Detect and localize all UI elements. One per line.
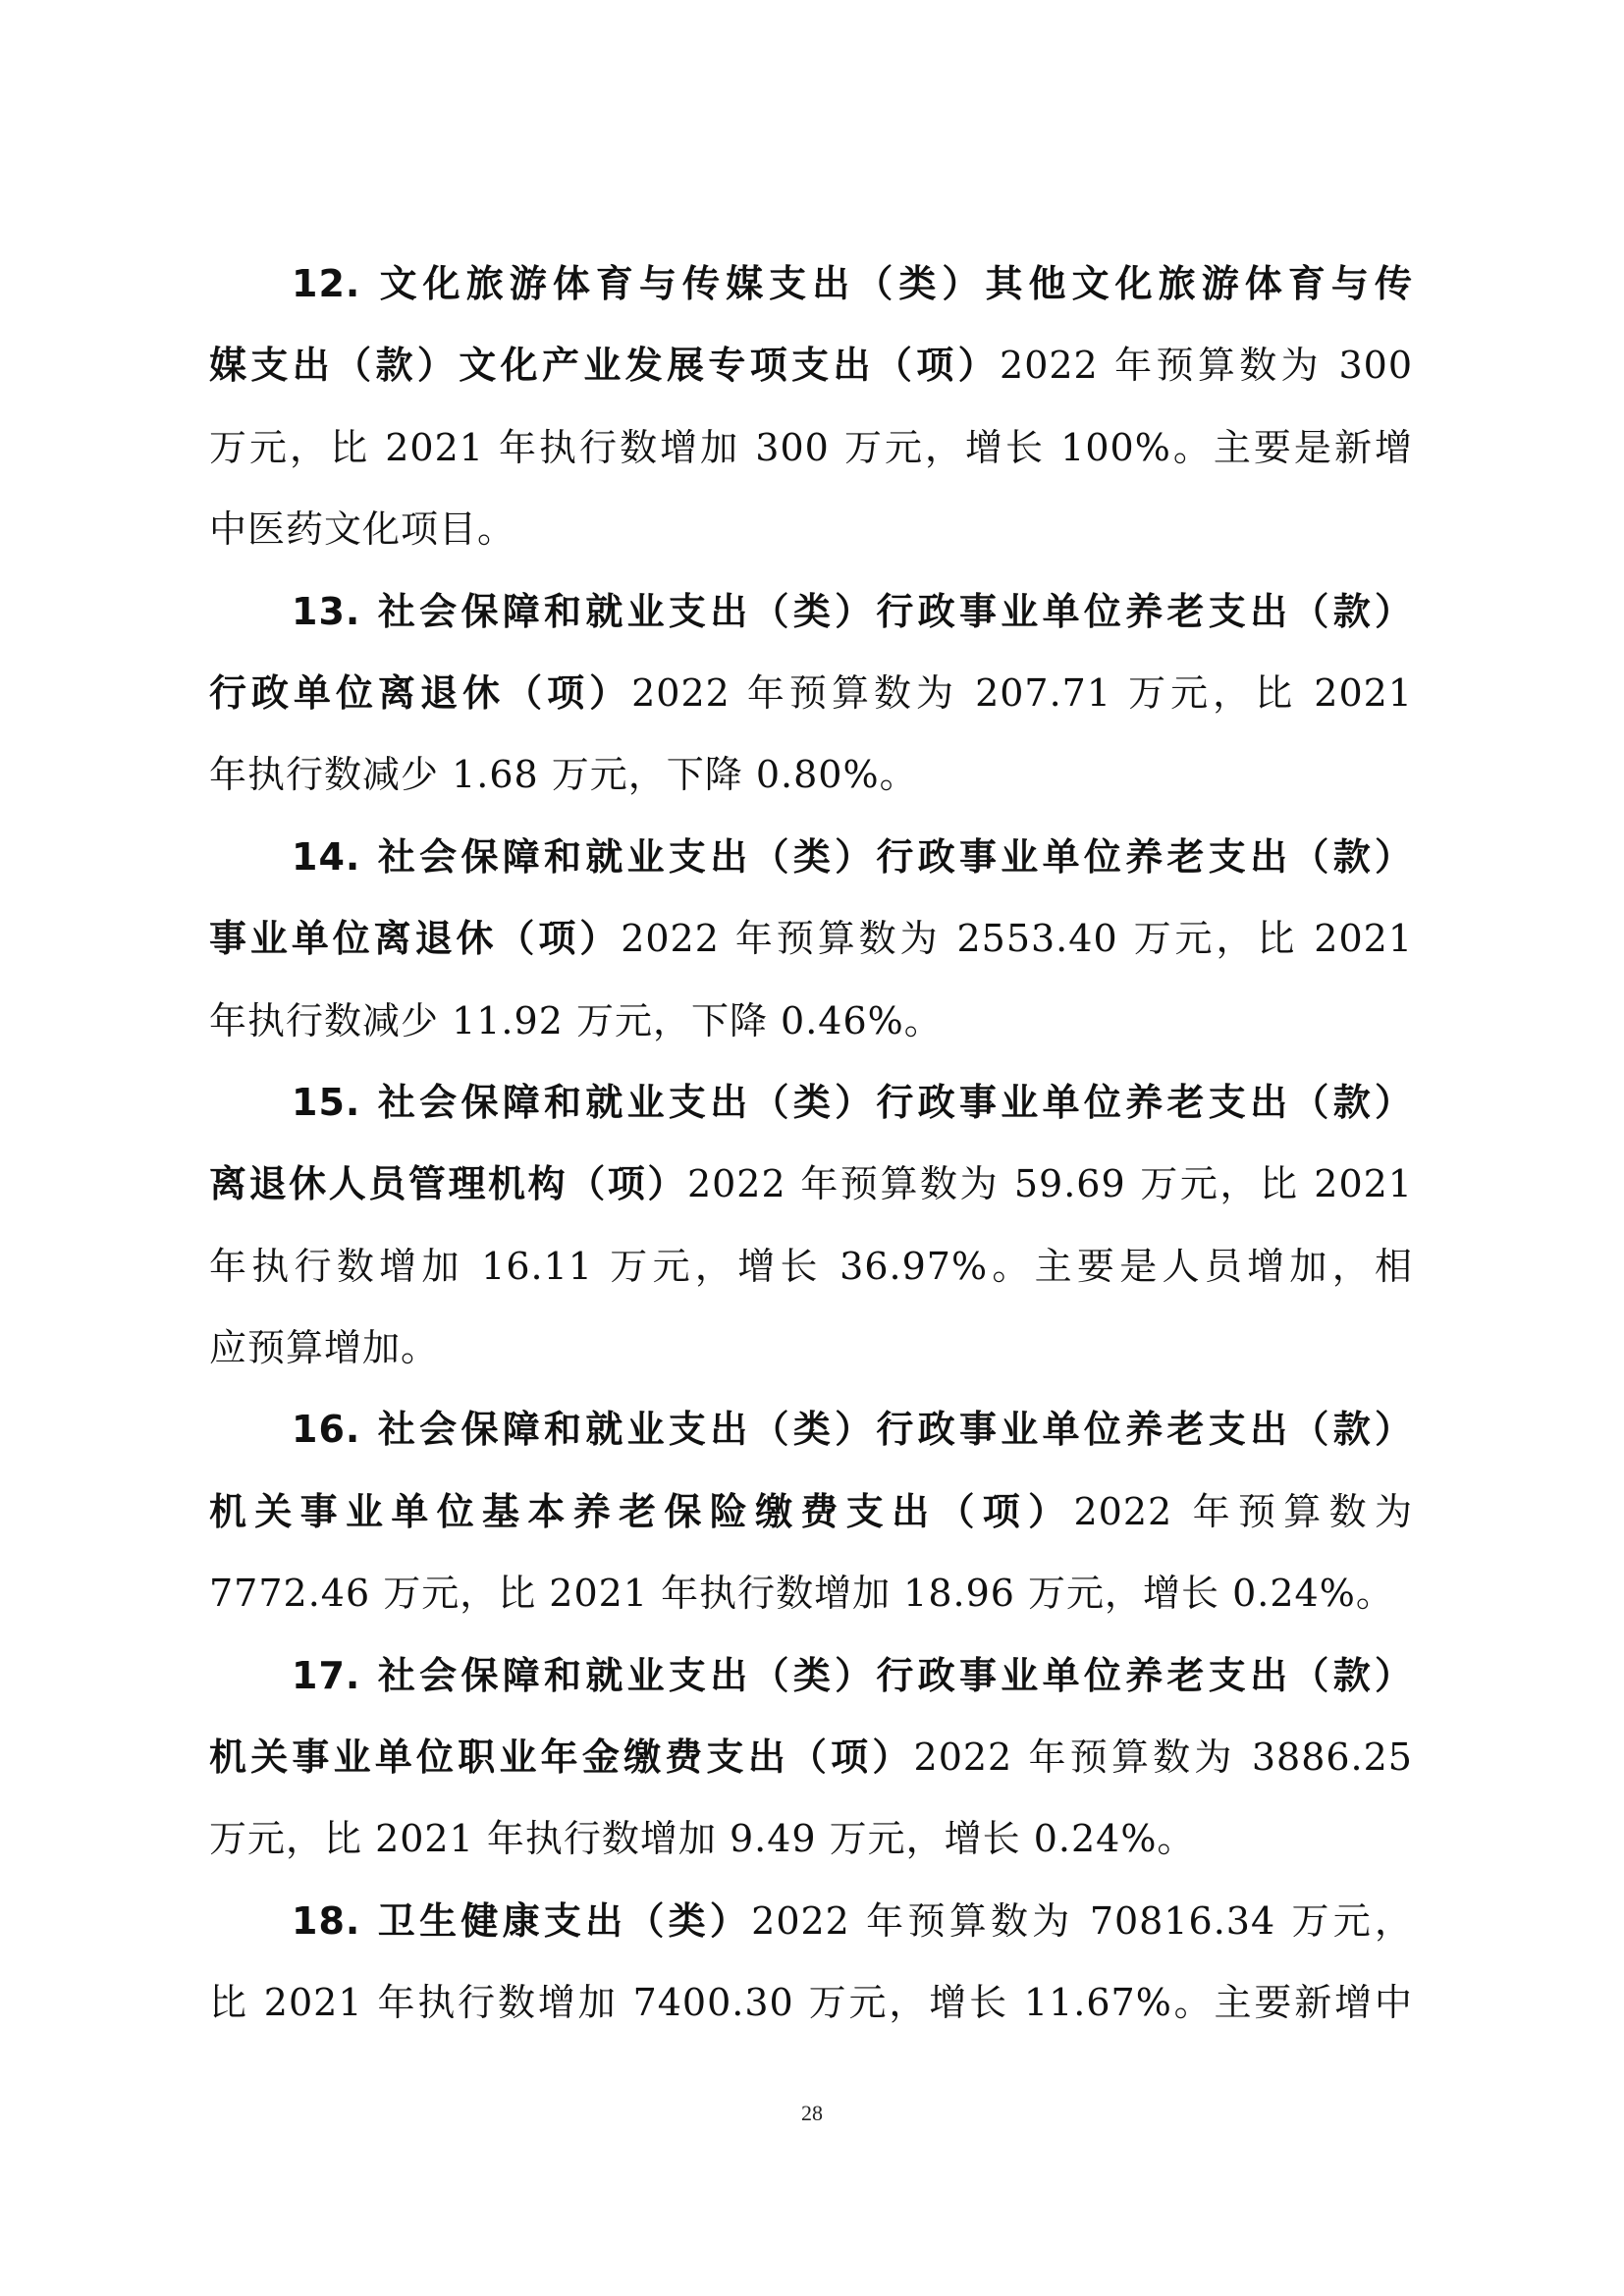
text-line: 年执行数减少 11.92 万元，下降 0.46%。: [209, 981, 1413, 1062]
document-page: 12. 文化旅游体育与传媒支出（类）其他文化旅游体育与传 媒支出（款）文化产业发…: [0, 0, 1624, 2296]
item-heading: 13. 社会保障和就业支出（类）行政事业单位养老支出（款）: [292, 590, 1413, 633]
text-line: 万元，比 2021 年执行数增加 9.49 万元，增长 0.24%。: [209, 1798, 1413, 1880]
text-line: 行政单位离退休（项）2022 年预算数为 207.71 万元，比 2021: [209, 653, 1413, 734]
item-body: 比 2021 年执行数增加 7400.30 万元，增长 11.67%。主要新增中: [209, 1981, 1413, 2024]
text-line: 13. 社会保障和就业支出（类）行政事业单位养老支出（款）: [209, 571, 1413, 653]
page-number: 28: [0, 2101, 1624, 2126]
text-line: 中医药文化项目。: [209, 489, 1413, 570]
paragraph-item-13: 13. 社会保障和就业支出（类）行政事业单位养老支出（款） 行政单位离退休（项）…: [209, 571, 1413, 817]
item-body: 2022 年预算数为 300: [1000, 344, 1413, 387]
item-body: 万元，比 2021 年执行数增加 9.49 万元，增长 0.24%。: [209, 1817, 1195, 1860]
text-line: 7772.46 万元，比 2021 年执行数增加 18.96 万元，增长 0.2…: [209, 1553, 1413, 1634]
text-line: 媒支出（款）文化产业发展专项支出（项）2022 年预算数为 300: [209, 325, 1413, 406]
text-line: 12. 文化旅游体育与传媒支出（类）其他文化旅游体育与传: [209, 243, 1413, 325]
item-body: 应预算增加。: [209, 1326, 439, 1369]
paragraph-item-16: 16. 社会保障和就业支出（类）行政事业单位养老支出（款） 机关事业单位基本养老…: [209, 1389, 1413, 1634]
text-line: 17. 社会保障和就业支出（类）行政事业单位养老支出（款）: [209, 1635, 1413, 1717]
text-line: 年执行数减少 1.68 万元，下降 0.80%。: [209, 734, 1413, 816]
item-heading: 15. 社会保障和就业支出（类）行政事业单位养老支出（款）: [292, 1081, 1413, 1124]
text-line: 年执行数增加 16.11 万元，增长 36.97%。主要是人员增加，相: [209, 1226, 1413, 1308]
item-body: 年执行数增加 16.11 万元，增长 36.97%。主要是人员增加，相: [209, 1245, 1413, 1288]
text-line: 应预算增加。: [209, 1308, 1413, 1389]
item-body: 2022 年预算数为: [1073, 1490, 1413, 1533]
item-body: 年执行数减少 11.92 万元，下降 0.46%。: [209, 999, 943, 1042]
text-line: 事业单位离退休（项）2022 年预算数为 2553.40 万元，比 2021: [209, 898, 1413, 980]
paragraph-item-14: 14. 社会保障和就业支出（类）行政事业单位养老支出（款） 事业单位离退休（项）…: [209, 817, 1413, 1062]
paragraph-item-15: 15. 社会保障和就业支出（类）行政事业单位养老支出（款） 离退休人员管理机构（…: [209, 1062, 1413, 1390]
item-body: 2022 年预算数为 207.71 万元，比 2021: [631, 671, 1413, 715]
text-line: 比 2021 年执行数增加 7400.30 万元，增长 11.67%。主要新增中: [209, 1962, 1413, 2044]
item-body: 2022 年预算数为 59.69 万元，比 2021: [687, 1162, 1413, 1205]
text-line: 14. 社会保障和就业支出（类）行政事业单位养老支出（款）: [209, 817, 1413, 898]
text-line: 万元，比 2021 年执行数增加 300 万元，增长 100%。主要是新增: [209, 407, 1413, 489]
item-heading: 事业单位离退休（项）: [209, 917, 621, 960]
item-body: 2022 年预算数为 2553.40 万元，比 2021: [621, 917, 1413, 960]
item-heading: 机关事业单位职业年金缴费支出（项）: [209, 1735, 914, 1779]
paragraph-item-18: 18. 卫生健康支出（类）2022 年预算数为 70816.34 万元， 比 2…: [209, 1881, 1413, 2045]
text-line: 18. 卫生健康支出（类）2022 年预算数为 70816.34 万元，: [209, 1881, 1413, 1962]
item-body: 2022 年预算数为 3886.25: [914, 1735, 1413, 1779]
item-body: 万元，比 2021 年执行数增加 300 万元，增长 100%。主要是新增: [209, 426, 1413, 469]
text-line: 离退休人员管理机构（项）2022 年预算数为 59.69 万元，比 2021: [209, 1144, 1413, 1225]
item-heading: 机关事业单位基本养老保险缴费支出（项）: [209, 1490, 1073, 1533]
item-body: 2022 年预算数为 70816.34 万元，: [751, 1899, 1413, 1943]
item-heading: 14. 社会保障和就业支出（类）行政事业单位养老支出（款）: [292, 835, 1413, 879]
text-line: 15. 社会保障和就业支出（类）行政事业单位养老支出（款）: [209, 1062, 1413, 1144]
text-line: 机关事业单位职业年金缴费支出（项）2022 年预算数为 3886.25: [209, 1717, 1413, 1798]
item-heading: 行政单位离退休（项）: [209, 671, 631, 715]
item-heading: 17. 社会保障和就业支出（类）行政事业单位养老支出（款）: [292, 1654, 1413, 1697]
paragraph-item-17: 17. 社会保障和就业支出（类）行政事业单位养老支出（款） 机关事业单位职业年金…: [209, 1635, 1413, 1881]
item-heading: 离退休人员管理机构（项）: [209, 1162, 687, 1205]
text-line: 机关事业单位基本养老保险缴费支出（项）2022 年预算数为: [209, 1471, 1413, 1553]
item-heading: 媒支出（款）文化产业发展专项支出（项）: [209, 344, 1000, 387]
item-heading: 12. 文化旅游体育与传媒支出（类）其他文化旅游体育与传: [292, 262, 1413, 305]
paragraph-item-12: 12. 文化旅游体育与传媒支出（类）其他文化旅游体育与传 媒支出（款）文化产业发…: [209, 243, 1413, 571]
text-line: 16. 社会保障和就业支出（类）行政事业单位养老支出（款）: [209, 1389, 1413, 1470]
item-body: 年执行数减少 1.68 万元，下降 0.80%。: [209, 753, 918, 796]
item-heading: 18. 卫生健康支出（类）: [292, 1899, 751, 1943]
item-body: 中医药文化项目。: [209, 507, 515, 551]
item-body: 7772.46 万元，比 2021 年执行数增加 18.96 万元，增长 0.2…: [209, 1572, 1394, 1615]
item-heading: 16. 社会保障和就业支出（类）行政事业单位养老支出（款）: [292, 1408, 1413, 1451]
body-text: 12. 文化旅游体育与传媒支出（类）其他文化旅游体育与传 媒支出（款）文化产业发…: [209, 243, 1413, 2045]
